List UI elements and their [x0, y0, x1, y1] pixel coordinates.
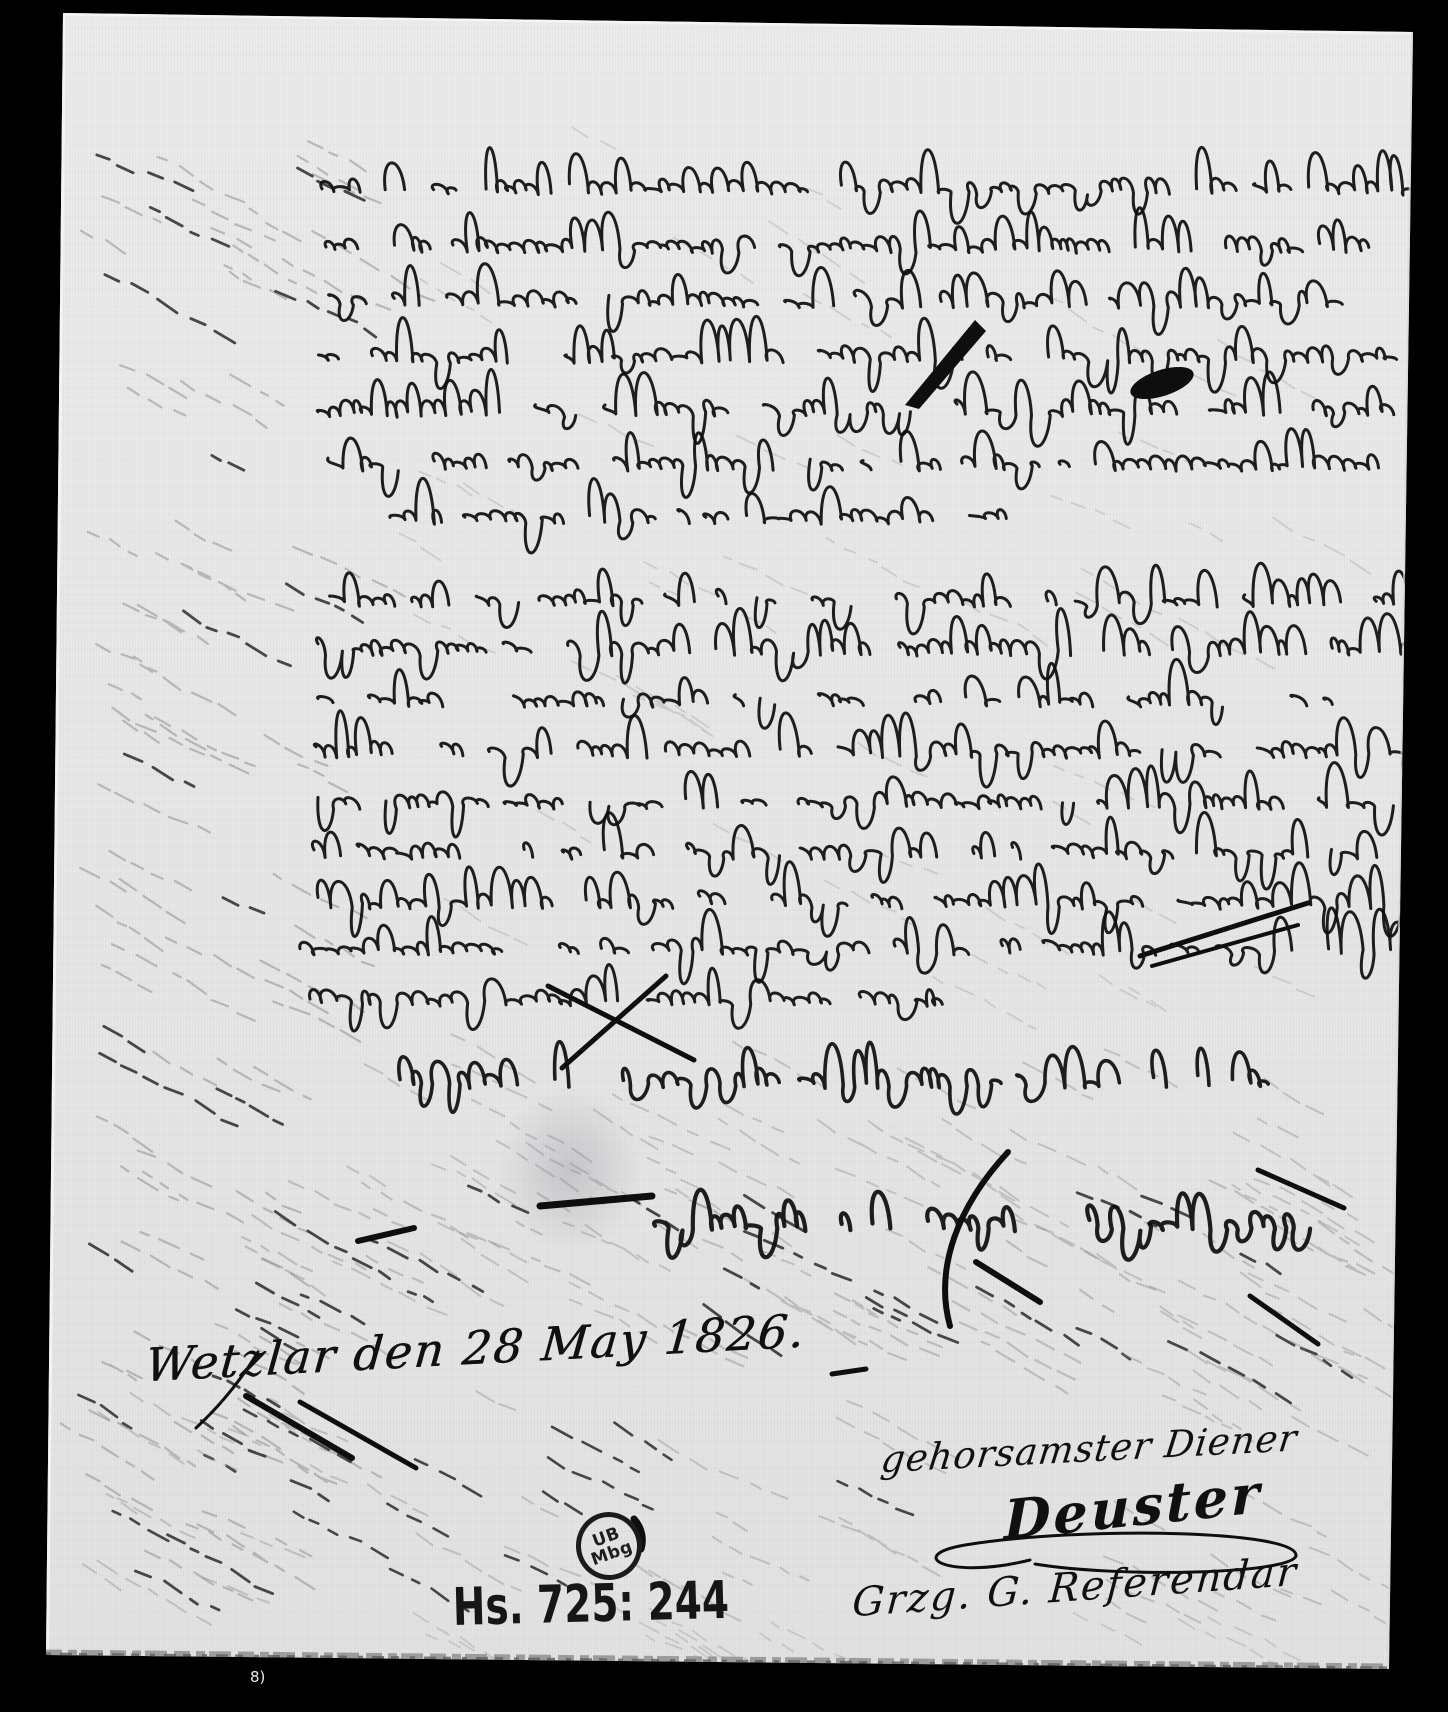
margin-mark-text: 8): [250, 1668, 265, 1686]
scan-background: Wetzlar den 28 May 1826. gehorsamster Di…: [0, 0, 1448, 1712]
letter-page: Wetzlar den 28 May 1826. gehorsamster Di…: [0, 0, 1448, 1712]
library-stamp-text: UB Mbg: [583, 1522, 635, 1569]
shelfmark-text: Hs. 725: 244: [452, 1571, 730, 1638]
